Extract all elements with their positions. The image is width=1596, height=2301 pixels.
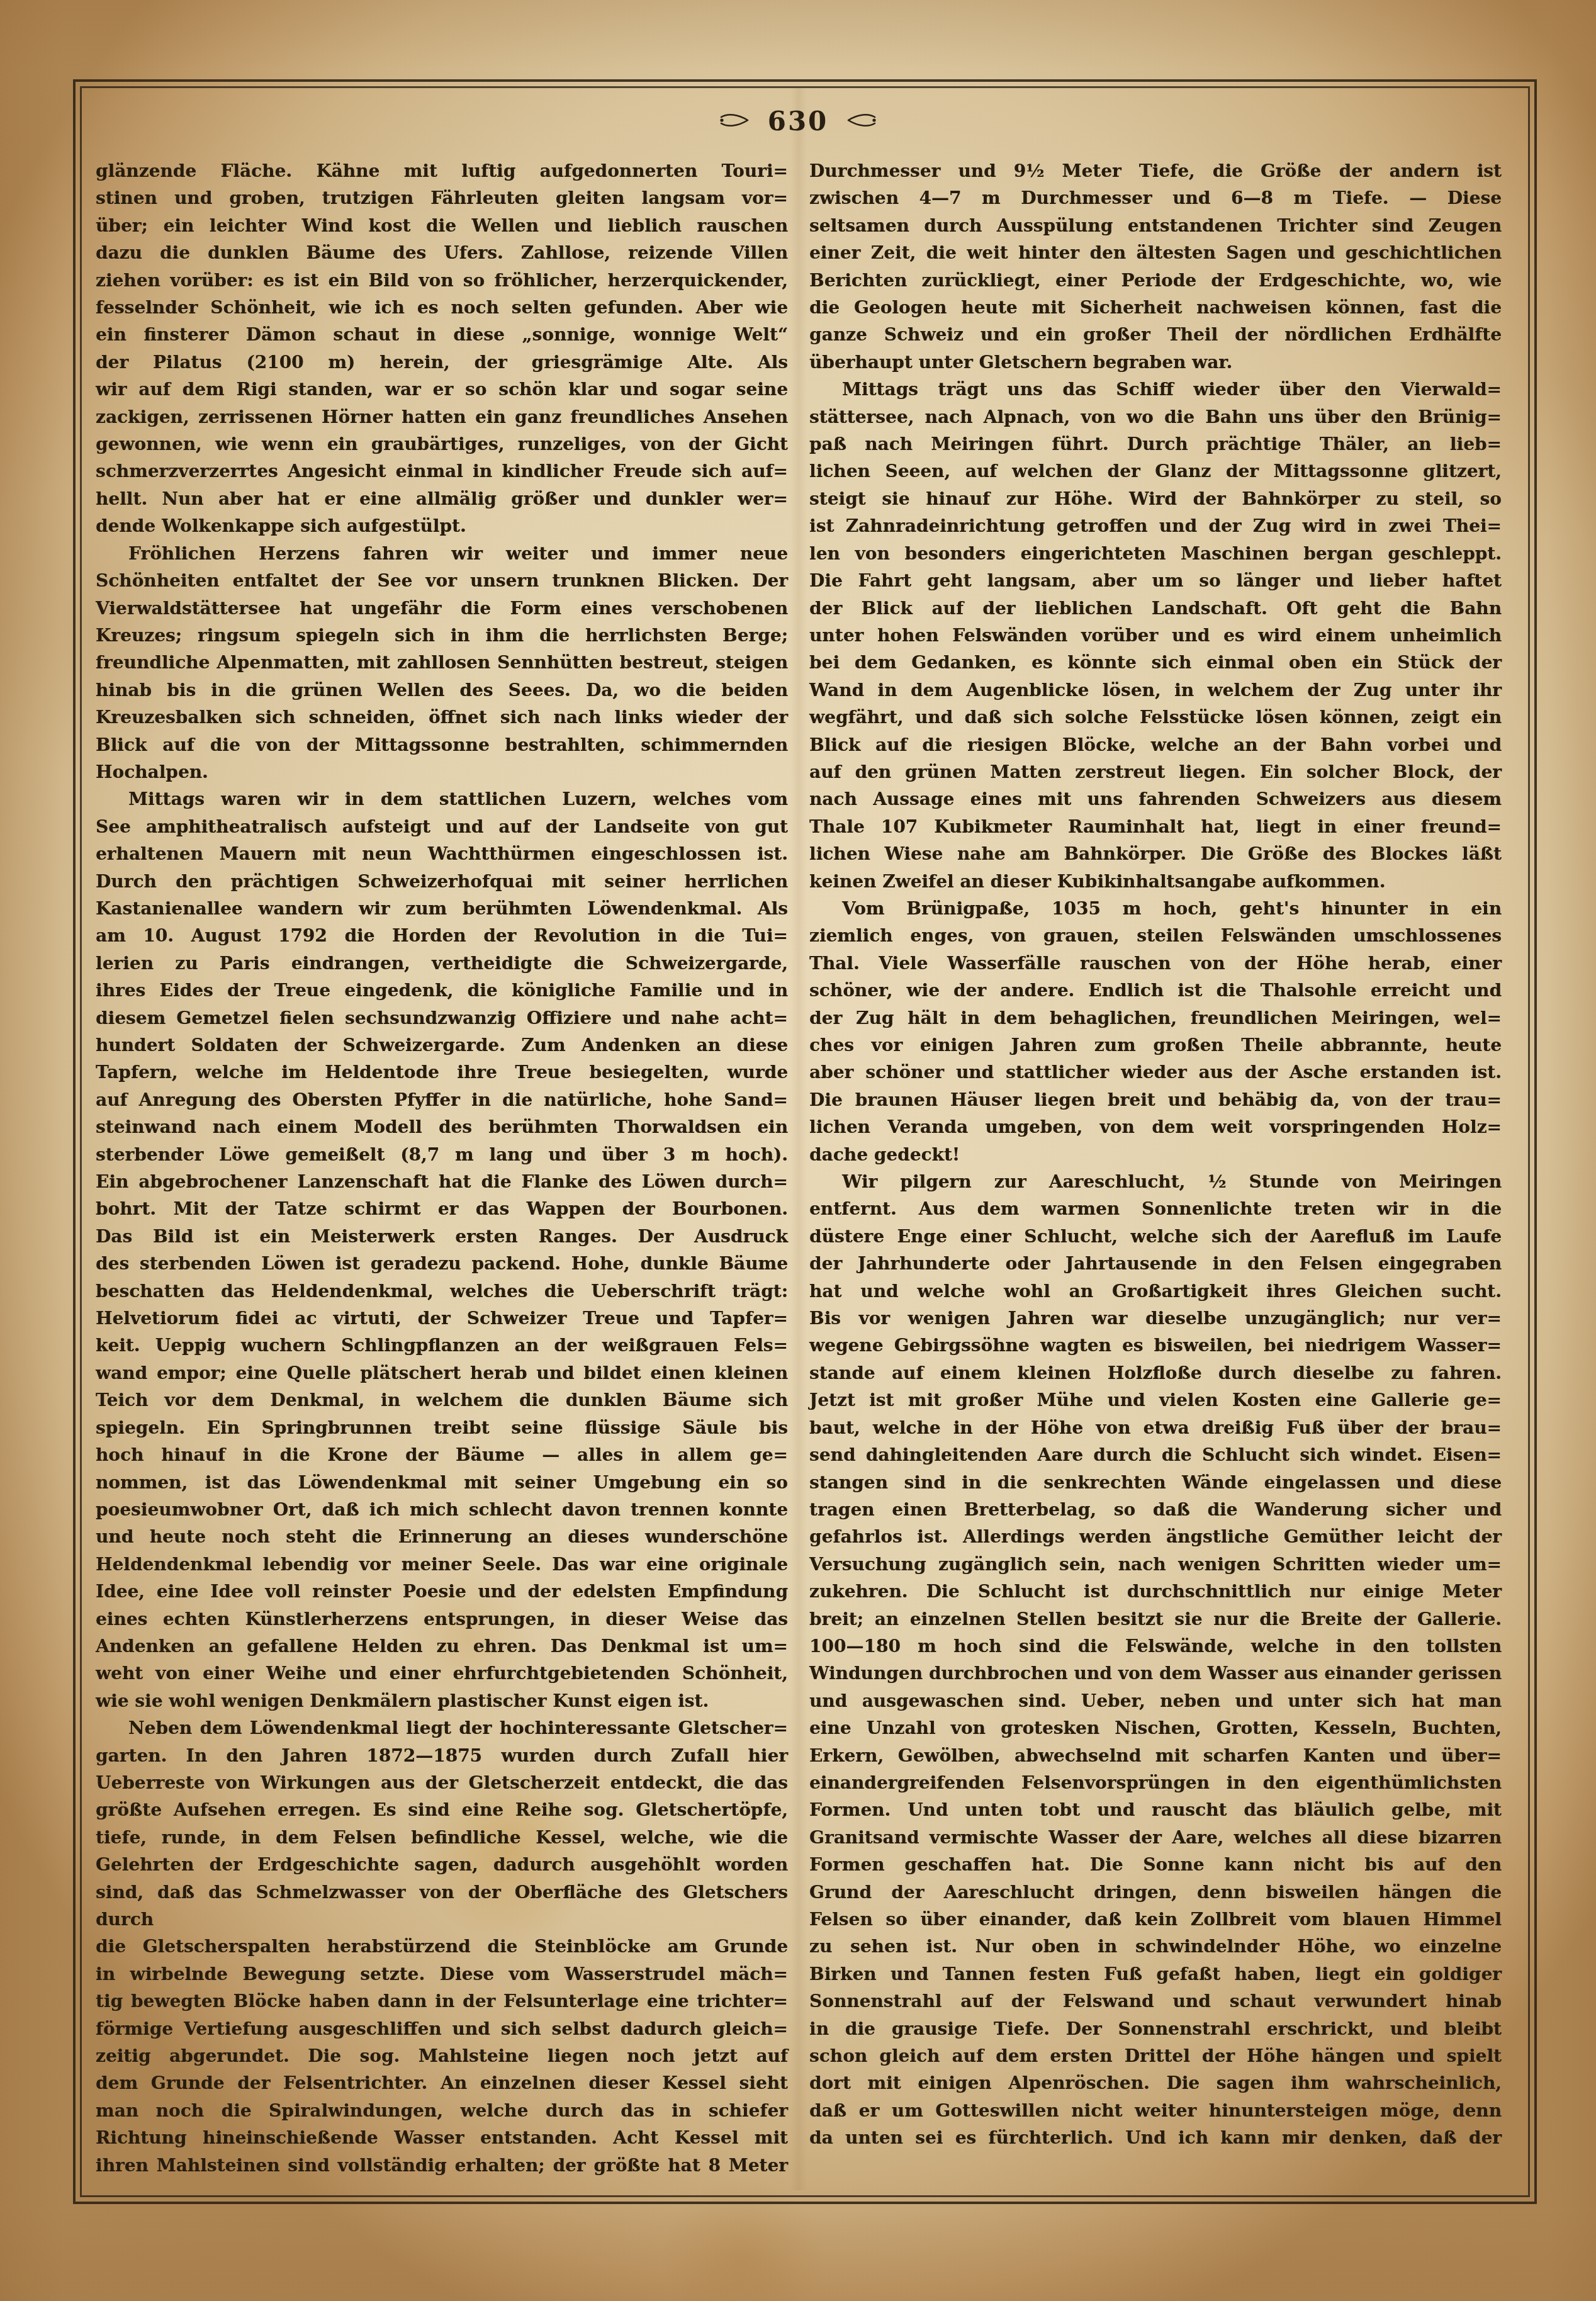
text-line: da unten sei es fürchterlich. Und ich ka… — [809, 2124, 1502, 2151]
text-line: send dahingleitenden Aare durch die Schl… — [809, 1441, 1502, 1468]
text-line: schmerzverzerrtes Angesicht einmal in ki… — [96, 458, 788, 485]
text-line: der Zug hält in dem behaglichen, freundl… — [809, 1004, 1502, 1032]
text-line: hoch hinauf in die Krone der Bäume — all… — [96, 1441, 788, 1468]
text-line: der Jahrhunderte oder Jahrtausende in de… — [809, 1250, 1502, 1277]
text-line: keinen Zweifel an dieser Kubikinhaltsang… — [809, 868, 1502, 895]
text-line: hat und welche wohl an Großartigkeit ihr… — [809, 1278, 1502, 1305]
text-line: Durchmesser und 9½ Meter Tiefe, die Größ… — [809, 157, 1502, 184]
text-line: düstere Enge einer Schlucht, welche sich… — [809, 1223, 1502, 1250]
paragraph: Mittags waren wir in dem stattlichen Luz… — [96, 785, 788, 1714]
text-line: seltsamen durch Ausspülung entstandenen … — [809, 212, 1502, 239]
text-line: Ueberreste von Wirkungen aus der Gletsch… — [96, 1769, 788, 1796]
text-line: zukehren. Die Schlucht ist durchschnittl… — [809, 1578, 1502, 1605]
text-line: einandergreifenden Felsenvorsprüngen in … — [809, 1769, 1502, 1796]
text-line: ist Zahnradeinrichtung getroffen und der… — [809, 512, 1502, 539]
text-line: lichen Seeen, auf welchen der Glanz der … — [809, 458, 1502, 485]
text-line: entfernt. Aus dem warmen Sonnenlichte tr… — [809, 1195, 1502, 1222]
text-line: die Gletscherspalten herabstürzend die S… — [96, 1933, 788, 1960]
text-line: erhaltenen Mauern mit neun Wachtthürmen … — [96, 840, 788, 867]
text-line: Neben dem Löwendenkmal liegt der hochint… — [96, 1714, 788, 1741]
text-line: über; ein leichter Wind kost die Wellen … — [96, 212, 788, 239]
text-line: zeitig abgerundet. Die sog. Mahlsteine l… — [96, 2042, 788, 2069]
text-line: größte Aufsehen erregen. Es sind eine Re… — [96, 1796, 788, 1823]
text-line: Vom Brünigpaße, 1035 m hoch, geht's hinu… — [809, 895, 1502, 922]
text-line: schon gleich auf dem ersten Drittel der … — [809, 2042, 1502, 2069]
text-line: dazu die dunklen Bäume des Ufers. Zahllo… — [96, 239, 788, 266]
text-line: steigt sie hinauf zur Höhe. Wird der Bah… — [809, 485, 1502, 512]
text-line: Vierwaldstättersee hat ungefähr die Form… — [96, 595, 788, 622]
paragraph: Mittags trägt uns das Schiff wieder über… — [809, 376, 1502, 895]
text-line: Gelehrten der Erdgeschichte sagen, dadur… — [96, 1851, 788, 1878]
text-line: bohrt. Mit der Tatze schirmt er das Wapp… — [96, 1195, 788, 1222]
text-line: Tapfern, welche im Heldentode ihre Treue… — [96, 1059, 788, 1086]
text-line: ihren Mahlsteinen sind vollständig erhal… — [96, 2152, 788, 2179]
text-line: hellt. Nun aber hat er eine allmälig grö… — [96, 485, 788, 512]
text-line: des sterbenden Löwen ist geradezu packen… — [96, 1250, 788, 1277]
text-line: in die grausige Tiefe. Der Sonnenstrahl … — [809, 2015, 1502, 2042]
text-line: dende Wolkenkappe sich aufgestülpt. — [96, 512, 788, 539]
text-line: nommen, ist das Löwendenkmal mit seiner … — [96, 1469, 788, 1496]
text-line: Thal. Viele Wasserfälle rauschen von der… — [809, 950, 1502, 977]
paragraph: Vom Brünigpaße, 1035 m hoch, geht's hinu… — [809, 895, 1502, 1168]
text-line: schöner, wie der andere. Endlich ist die… — [809, 977, 1502, 1004]
text-line: dem Grunde der Felsentrichter. An einzel… — [96, 2069, 788, 2096]
page-number: 630 — [768, 106, 829, 137]
text-line: lichen Veranda umgeben, von dem weit vor… — [809, 1113, 1502, 1140]
text-line: lerien zu Paris eindrangen, vertheidigte… — [96, 950, 788, 977]
text-line: bei dem Gedanken, es könnte sich einmal … — [809, 649, 1502, 676]
text-line: Kastanienallee wandern wir zum berühmten… — [96, 895, 788, 922]
right-text-column: Durchmesser und 9½ Meter Tiefe, die Größ… — [809, 157, 1502, 2152]
text-line: Erkern, Gewölben, abwechselnd mit scharf… — [809, 1742, 1502, 1769]
text-line: Formen geschaffen hat. Die Sonne kann ni… — [809, 1851, 1502, 1878]
text-line: gefahrlos ist. Allerdings werden ängstli… — [809, 1523, 1502, 1550]
text-line: freundliche Alpenmatten, mit zahllosen S… — [96, 649, 788, 676]
text-line: Blick auf die riesigen Blöcke, welche an… — [809, 731, 1502, 758]
text-line: hinab bis in die grünen Wellen des Seees… — [96, 677, 788, 704]
header-fleuron-left-icon — [719, 112, 749, 131]
text-line: tragen einen Bretterbelag, so daß die Wa… — [809, 1496, 1502, 1523]
text-line: Idee, eine Idee voll reinster Poesie und… — [96, 1578, 788, 1605]
text-line: auf den grünen Matten zerstreut liegen. … — [809, 758, 1502, 785]
text-line: Sonnenstrahl auf der Felswand und schaut… — [809, 1988, 1502, 2015]
text-line: Grund der Aareschlucht dringen, denn bis… — [809, 1879, 1502, 1906]
text-line: förmige Vertiefung ausgeschliffen und si… — [96, 2015, 788, 2042]
text-line: Windungen durchbrochen und von dem Wasse… — [809, 1660, 1502, 1687]
text-line: garten. In den Jahren 1872—1875 wurden d… — [96, 1742, 788, 1769]
text-line: ein finsterer Dämon schaut in diese „son… — [96, 321, 788, 348]
text-line: der Blick auf der lieblichen Landschaft.… — [809, 595, 1502, 622]
text-line: Thale 107 Kubikmeter Rauminhalt hat, lie… — [809, 813, 1502, 840]
text-line: Berichten zurückliegt, einer Periode der… — [809, 267, 1502, 294]
text-line: aber schöner und stattlicher wieder aus … — [809, 1059, 1502, 1086]
text-line: ziemlich enges, von grauen, steilen Fels… — [809, 922, 1502, 949]
text-line: Die Fahrt geht langsam, aber um so länge… — [809, 567, 1502, 594]
paragraph: Neben dem Löwendenkmal liegt der hochint… — [96, 1714, 788, 2179]
header-fleuron-right-icon — [847, 112, 877, 131]
paragraph: glänzende Fläche. Kähne mit luftig aufge… — [96, 157, 788, 540]
page-header: 630 — [0, 106, 1596, 137]
text-line: gewonnen, wie wenn ein graubärtiges, run… — [96, 430, 788, 458]
text-line: einer Zeit, die weit hinter den ältesten… — [809, 239, 1502, 266]
text-line: eines echten Künstlerherzens entsprungen… — [96, 1606, 788, 1633]
text-line: stinen und groben, trutzigen Fährleuten … — [96, 184, 788, 211]
text-line: spiegeln. Ein Springbrunnen treibt seine… — [96, 1414, 788, 1441]
text-line: beschatten das Heldendenkmal, welches di… — [96, 1278, 788, 1305]
text-line: daß er um Gotteswillen nicht weiter hinu… — [809, 2097, 1502, 2124]
text-line: Jetzt ist mit großer Mühe und vielen Kos… — [809, 1387, 1502, 1414]
text-line: Andenken an gefallene Helden zu ehren. D… — [96, 1633, 788, 1660]
text-line: und ausgewaschen sind. Ueber, neben und … — [809, 1687, 1502, 1714]
text-line: der Pilatus (2100 m) herein, der griesgr… — [96, 349, 788, 376]
text-line: Felsen so über einander, daß kein Zollbr… — [809, 1906, 1502, 1933]
text-line: dache gedeckt! — [809, 1141, 1502, 1168]
text-line: Wand in dem Augenblicke lösen, in welche… — [809, 677, 1502, 704]
text-line: sterbender Löwe gemeißelt (8,7 m lang un… — [96, 1141, 788, 1168]
text-line: ihres Eides der Treue eingedenk, die kön… — [96, 977, 788, 1004]
text-line: sind, daß das Schmelzwasser von der Ober… — [96, 1879, 788, 1933]
text-line: Durch den prächtigen Schweizerhofquai mi… — [96, 868, 788, 895]
text-line: Kreuzesbalken sich schneiden, öffnet sic… — [96, 704, 788, 731]
text-line: wegfährt, und daß sich solche Felsstücke… — [809, 704, 1502, 731]
text-line: stättersee, nach Alpnach, von wo die Bah… — [809, 403, 1502, 430]
text-line: See amphitheatralisch aufsteigt und auf … — [96, 813, 788, 840]
text-line: zackigen, zerrissenen Hörner hatten ein … — [96, 403, 788, 430]
text-line: Hochalpen. — [96, 758, 788, 785]
text-line: Versuchung zugänglich sein, nach wenigen… — [809, 1551, 1502, 1578]
text-line: Bis vor wenigen Jahren war dieselbe unzu… — [809, 1305, 1502, 1332]
text-line: Die braunen Häuser liegen breit und behä… — [809, 1086, 1502, 1113]
text-line: breit; an einzelnen Stellen besitzt sie … — [809, 1606, 1502, 1633]
text-line: Ein abgebrochener Lanzenschaft hat die F… — [96, 1168, 788, 1195]
text-line: Schönheiten entfaltet der See vor unsern… — [96, 567, 788, 594]
text-line: steinwand nach einem Modell des berühmte… — [96, 1113, 788, 1140]
text-line: stangen sind in die senkrechten Wände ei… — [809, 1469, 1502, 1496]
text-line: wie sie wohl wenigen Denkmälern plastisc… — [96, 1687, 788, 1714]
text-line: Mittags trägt uns das Schiff wieder über… — [809, 376, 1502, 403]
text-line: am 10. August 1792 die Horden der Revolu… — [96, 922, 788, 949]
text-line: Birken und Tannen festen Fuß gefaßt habe… — [809, 1961, 1502, 1988]
text-line: wegene Gebirgssöhne wagten es bisweilen,… — [809, 1332, 1502, 1359]
text-line: lichen Wiese nahe am Bahnkörper. Die Grö… — [809, 840, 1502, 867]
text-line: glänzende Fläche. Kähne mit luftig aufge… — [96, 157, 788, 184]
left-text-column: glänzende Fläche. Kähne mit luftig aufge… — [96, 157, 788, 2179]
text-line: in wirbelnde Bewegung setzte. Diese vom … — [96, 1961, 788, 1988]
text-line: eine Unzahl von grotesken Nischen, Grott… — [809, 1714, 1502, 1741]
text-line: nach Aussage eines mit uns fahrenden Sch… — [809, 785, 1502, 813]
text-line: 100—180 m hoch sind die Felswände, welch… — [809, 1633, 1502, 1660]
text-line: auf Anregung des Obersten Pfyffer in die… — [96, 1086, 788, 1113]
text-line: Formen. Und unten tobt und rauscht das b… — [809, 1796, 1502, 1823]
text-line: unter hohen Felswänden vorüber und es wi… — [809, 622, 1502, 649]
text-line: tig bewegten Blöcke haben dann in der Fe… — [96, 1988, 788, 2015]
text-line: weht von einer Weihe und einer ehrfurcht… — [96, 1660, 788, 1687]
paragraph: Wir pilgern zur Aareschlucht, ½ Stunde v… — [809, 1168, 1502, 2152]
text-line: paß nach Meiringen führt. Durch prächtig… — [809, 430, 1502, 458]
text-line: dort mit einigen Alpenröschen. Die sagen… — [809, 2069, 1502, 2096]
text-line: diesem Gemetzel fielen sechsundzwanzig O… — [96, 1004, 788, 1032]
text-line: keit. Ueppig wuchern Schlingpflanzen an … — [96, 1332, 788, 1359]
text-line: Richtung hineinschießende Wasser entstan… — [96, 2124, 788, 2151]
text-line: baut, welche in der Höhe von etwa dreißi… — [809, 1414, 1502, 1441]
text-line: Teich vor dem Denkmal, in welchem die du… — [96, 1387, 788, 1414]
text-line: poesieumwobner Ort, daß ich mich schlech… — [96, 1496, 788, 1523]
text-line: Mittags waren wir in dem stattlichen Luz… — [96, 785, 788, 813]
text-line: Kreuzes; ringsum spiegeln sich in ihm di… — [96, 622, 788, 649]
text-line: tiefe, runde, in dem Felsen befindliche … — [96, 1824, 788, 1851]
text-line: Heldendenkmal lebendig vor meiner Seele.… — [96, 1551, 788, 1578]
text-line: len von besonders eingerichteten Maschin… — [809, 540, 1502, 567]
text-line: ziehen vorüber: es ist ein Bild von so f… — [96, 267, 788, 294]
text-line: ches vor einigen Jahren zum großen Theil… — [809, 1032, 1502, 1059]
text-line: Fröhlichen Herzens fahren wir weiter und… — [96, 540, 788, 567]
text-line: stande auf einem kleinen Holzfloße durch… — [809, 1359, 1502, 1387]
text-line: fesselnder Schönheit, wie ich es noch se… — [96, 294, 788, 321]
text-line: zwischen 4—7 m Durchmesser und 6—8 m Tie… — [809, 184, 1502, 211]
text-line: man noch die Spiralwindungen, welche dur… — [96, 2097, 788, 2124]
text-line: die Geologen heute mit Sicherheit nachwe… — [809, 294, 1502, 321]
paragraph: Fröhlichen Herzens fahren wir weiter und… — [96, 540, 788, 786]
text-line: hundert Soldaten der Schweizergarde. Zum… — [96, 1032, 788, 1059]
text-line: Blick auf die von der Mittagssonne bestr… — [96, 731, 788, 758]
text-line: Das Bild ist ein Meisterwerk ersten Rang… — [96, 1223, 788, 1250]
text-line: ganze Schweiz und ein großer Theil der n… — [809, 321, 1502, 348]
text-line: überhaupt unter Gletschern begraben war. — [809, 349, 1502, 376]
text-line: wand empor; eine Quelle plätschert herab… — [96, 1359, 788, 1387]
text-line: wir auf dem Rigi standen, war er so schö… — [96, 376, 788, 403]
scanned-book-page: { "page": { "number": "630" }, "ink_colo… — [0, 0, 1596, 2301]
text-line: und heute noch steht die Erinnerung an d… — [96, 1523, 788, 1550]
text-line: Granitsand vermischte Wasser der Aare, w… — [809, 1824, 1502, 1851]
text-line: zu sehen ist. Nur oben in schwindelnder … — [809, 1933, 1502, 1960]
text-line: Helvetiorum fidei ac virtuti, der Schwei… — [96, 1305, 788, 1332]
paragraph: Durchmesser und 9½ Meter Tiefe, die Größ… — [809, 157, 1502, 376]
text-line: Wir pilgern zur Aareschlucht, ½ Stunde v… — [809, 1168, 1502, 1195]
